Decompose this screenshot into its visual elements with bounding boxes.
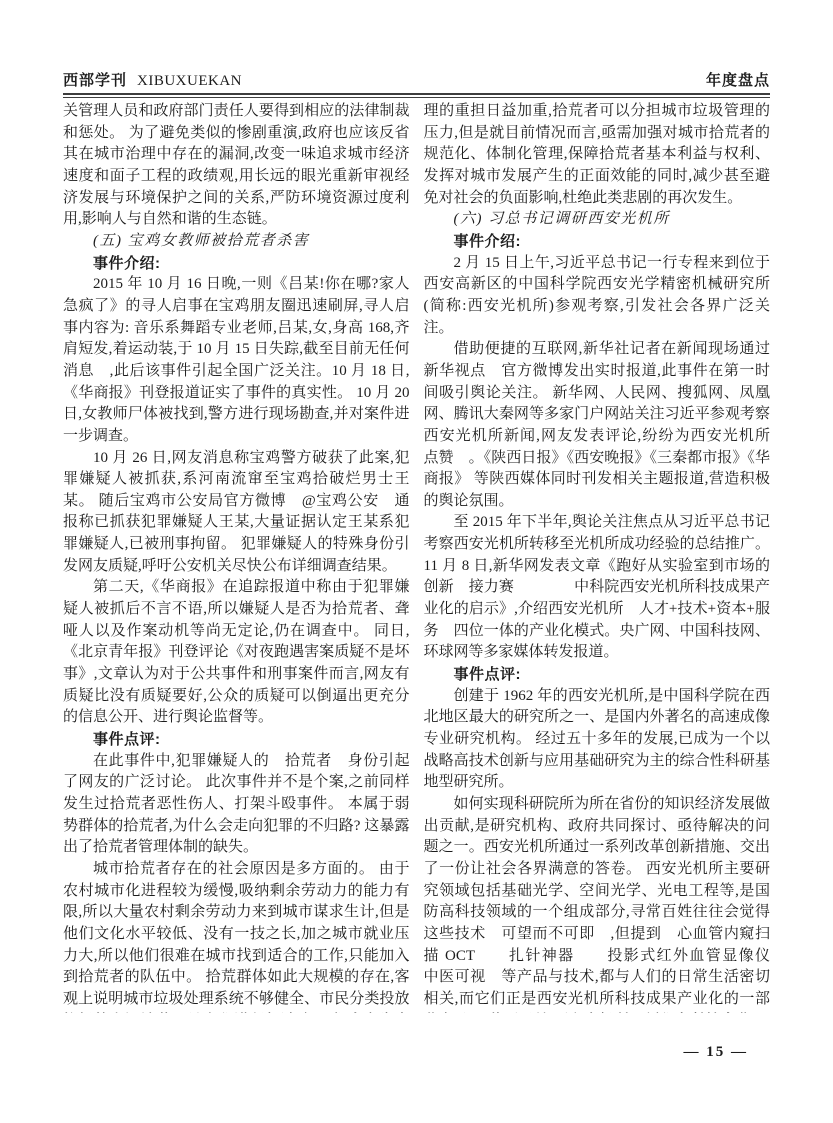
header-double-rule	[63, 93, 770, 98]
paragraph-label: 事件点评:	[63, 729, 410, 751]
body-paragraph: 10 月 26 日,网友消息称宝鸡警方破获了此案,犯罪嫌疑人被抓获,系河南流窜至…	[63, 448, 410, 578]
issue-section-label: 年度盘点	[706, 72, 770, 90]
paragraph-label: 事件介绍:	[424, 231, 771, 253]
body-paragraph: 借助便捷的互联网,新华社记者在新闻现场通过 新华视点 官方微博发出实时报道,此事…	[424, 339, 771, 512]
article-column-right: 理的重担日益加重,拾荒者可以分担城市垃圾管理的压力,但是就目前情况而言,亟需加强…	[424, 101, 771, 1013]
body-paragraph: 理的重担日益加重,拾荒者可以分担城市垃圾管理的压力,但是就目前情况而言,亟需加强…	[424, 101, 771, 209]
journal-title-en: XIBUXUEKAN	[137, 73, 242, 89]
body-paragraph: 至 2015 年下半年,舆论关注焦点从习近平总书记考察西安光机所转移至光机所成功…	[424, 512, 771, 664]
page-header: 西部学刊XIBUXUEKAN 年度盘点	[63, 72, 770, 90]
body-paragraph: 2 月 15 日上午,习近平总书记一行专程来到位于西安高新区的中国科学院西安光学…	[424, 253, 771, 340]
body-paragraph: 创建于 1962 年的西安光机所,是中国科学院在西北地区最大的研究所之一、是国内…	[424, 686, 771, 794]
article-body: 关管理人员和政府部门责任人要得到相应的法律制裁和惩处。 为了避免类似的惨剧重演,…	[63, 101, 770, 1013]
body-paragraph: 2015 年 10 月 16 日晚,一则《吕某!你在哪?家人急疯了》的寻人启事在…	[63, 274, 410, 447]
paragraph-label: 事件点评:	[424, 664, 771, 686]
body-paragraph: 第二天,《华商报》在追踪报道中称由于犯罪嫌疑人被抓后不言不语,所以嫌疑人是否为拾…	[63, 577, 410, 729]
paragraph-label: 事件介绍:	[63, 253, 410, 275]
journal-title-cn: 西部学刊	[63, 72, 127, 89]
section-subheading: (六) 习总书记调研西安光机所	[424, 209, 771, 231]
body-paragraph: 如何实现科研院所为所在省份的知识经济发展做出贡献,是研究机构、政府共同探讨、亟待…	[424, 794, 771, 1013]
journal-page: 西部学刊XIBUXUEKAN 年度盘点 关管理人员和政府部门责任人要得到相应的法…	[0, 0, 833, 1123]
body-paragraph: 在此事件中,犯罪嫌疑人的 拾荒者 身份引起了网友的广泛讨论。 此次事件并不是个案…	[63, 751, 410, 859]
article-column-left: 关管理人员和政府部门责任人要得到相应的法律制裁和惩处。 为了避免类似的惨剧重演,…	[63, 101, 410, 1013]
page-number: — 15 —	[684, 1044, 749, 1061]
section-subheading: (五) 宝鸡女教师被拾荒者杀害	[63, 231, 410, 253]
journal-title: 西部学刊XIBUXUEKAN	[63, 72, 242, 90]
body-paragraph: 城市拾荒者存在的社会原因是多方面的。 由于农村城市化进程较为缓慢,吸纳剩余劳动力…	[63, 859, 410, 1013]
body-paragraph: 关管理人员和政府部门责任人要得到相应的法律制裁和惩处。 为了避免类似的惨剧重演,…	[63, 101, 410, 231]
